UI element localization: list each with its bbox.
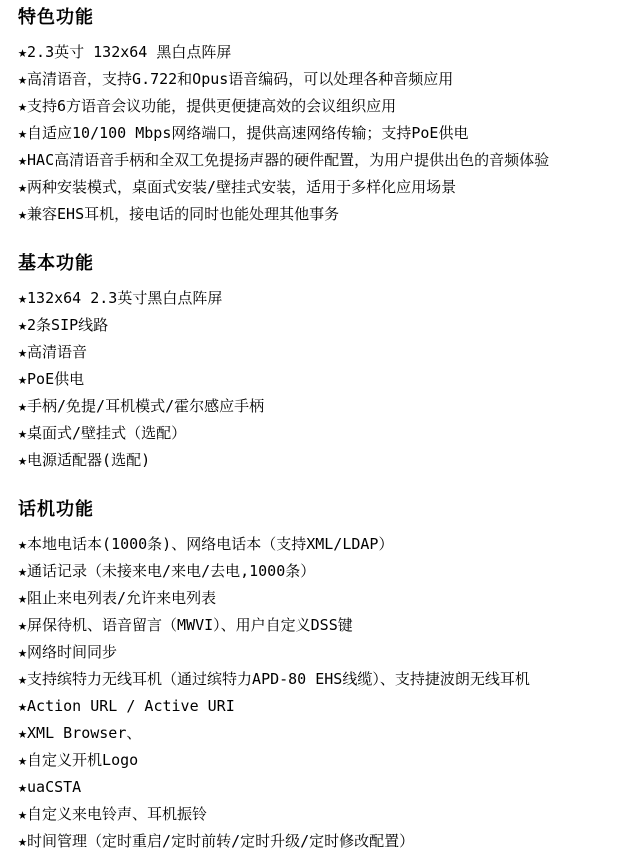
feature-text: 桌面式/壁挂式（选配） [27, 424, 186, 442]
star-bullet-icon: ★ [18, 97, 27, 115]
feature-text: 支持缤特力无线耳机（通过缤特力APD-80 EHS线缆）、支持捷波朗无线耳机 [27, 670, 530, 688]
feature-text: 手柄/免提/耳机模式/霍尔感应手柄 [27, 397, 264, 415]
feature-item: ★高清语音，支持G.722和Opus语音编码，可以处理各种音频应用 [18, 66, 620, 93]
section-phone-functions: 话机功能 ★本地电话本(1000条)、网络电话本（支持XML/LDAP） ★通话… [18, 498, 620, 855]
star-bullet-icon: ★ [18, 370, 27, 388]
feature-text: 支持6方语音会议功能，提供更便捷高效的会议组织应用 [27, 97, 396, 115]
feature-item: ★支持6方语音会议功能，提供更便捷高效的会议组织应用 [18, 93, 620, 120]
feature-item: ★电源适配器(选配) [18, 447, 620, 474]
feature-text: 两种安装模式，桌面式安装/壁挂式安装，适用于多样化应用场景 [27, 178, 456, 196]
feature-item: ★自定义开机Logo [18, 747, 620, 774]
feature-item: ★XML Browser、 [18, 720, 620, 747]
section-featured-functions: 特色功能 ★2.3英寸 132x64 黑白点阵屏 ★高清语音，支持G.722和O… [18, 6, 620, 228]
feature-text: 132x64 2.3英寸黑白点阵屏 [27, 289, 222, 307]
star-bullet-icon: ★ [18, 178, 27, 196]
feature-text: 电源适配器(选配) [27, 451, 150, 469]
feature-item: ★手柄/免提/耳机模式/霍尔感应手柄 [18, 393, 620, 420]
feature-item: ★PoE供电 [18, 366, 620, 393]
star-bullet-icon: ★ [18, 43, 27, 61]
spec-document: 特色功能 ★2.3英寸 132x64 黑白点阵屏 ★高清语音，支持G.722和O… [0, 0, 634, 855]
feature-text: XML Browser、 [27, 724, 141, 742]
feature-item: ★兼容EHS耳机，接电话的同时也能处理其他事务 [18, 201, 620, 228]
feature-text: 兼容EHS耳机，接电话的同时也能处理其他事务 [27, 205, 339, 223]
section-basic-functions: 基本功能 ★132x64 2.3英寸黑白点阵屏 ★2条SIP线路 ★高清语音 ★… [18, 252, 620, 474]
feature-text: 自定义来电铃声、耳机振铃 [27, 805, 207, 823]
feature-text: uaCSTA [27, 778, 81, 796]
feature-text: 通话记录（未接来电/来电/去电,1000条） [27, 562, 315, 580]
star-bullet-icon: ★ [18, 832, 27, 850]
feature-item: ★uaCSTA [18, 774, 620, 801]
star-bullet-icon: ★ [18, 289, 27, 307]
star-bullet-icon: ★ [18, 643, 27, 661]
feature-item: ★支持缤特力无线耳机（通过缤特力APD-80 EHS线缆）、支持捷波朗无线耳机 [18, 666, 620, 693]
section-title: 特色功能 [18, 6, 620, 30]
star-bullet-icon: ★ [18, 397, 27, 415]
star-bullet-icon: ★ [18, 562, 27, 580]
star-bullet-icon: ★ [18, 751, 27, 769]
feature-text: 网络时间同步 [27, 643, 117, 661]
star-bullet-icon: ★ [18, 343, 27, 361]
star-bullet-icon: ★ [18, 424, 27, 442]
star-bullet-icon: ★ [18, 778, 27, 796]
feature-item: ★自定义来电铃声、耳机振铃 [18, 801, 620, 828]
star-bullet-icon: ★ [18, 316, 27, 334]
feature-item: ★本地电话本(1000条)、网络电话本（支持XML/LDAP） [18, 531, 620, 558]
feature-item: ★两种安装模式，桌面式安装/壁挂式安装，适用于多样化应用场景 [18, 174, 620, 201]
star-bullet-icon: ★ [18, 589, 27, 607]
feature-text: 高清语音，支持G.722和Opus语音编码，可以处理各种音频应用 [27, 70, 453, 88]
feature-item: ★HAC高清语音手柄和全双工免提扬声器的硬件配置，为用户提供出色的音频体验 [18, 147, 620, 174]
feature-text: 屏保待机、语音留言（MWVI）、用户自定义DSS键 [27, 616, 353, 634]
star-bullet-icon: ★ [18, 670, 27, 688]
feature-text: 阻止来电列表/允许来电列表 [27, 589, 216, 607]
feature-text: 时间管理（定时重启/定时前转/定时升级/定时修改配置） [27, 832, 414, 850]
feature-item: ★网络时间同步 [18, 639, 620, 666]
feature-item: ★屏保待机、语音留言（MWVI）、用户自定义DSS键 [18, 612, 620, 639]
star-bullet-icon: ★ [18, 70, 27, 88]
star-bullet-icon: ★ [18, 616, 27, 634]
section-title: 基本功能 [18, 252, 620, 276]
feature-item: ★自适应10/100 Mbps网络端口，提供高速网络传输；支持PoE供电 [18, 120, 620, 147]
star-bullet-icon: ★ [18, 151, 27, 169]
feature-text: 2条SIP线路 [27, 316, 108, 334]
feature-item: ★Action URL / Active URI [18, 693, 620, 720]
star-bullet-icon: ★ [18, 697, 27, 715]
feature-text: 高清语音 [27, 343, 87, 361]
star-bullet-icon: ★ [18, 724, 27, 742]
feature-item: ★时间管理（定时重启/定时前转/定时升级/定时修改配置） [18, 828, 620, 855]
feature-text: 2.3英寸 132x64 黑白点阵屏 [27, 43, 231, 61]
feature-item: ★桌面式/壁挂式（选配） [18, 420, 620, 447]
star-bullet-icon: ★ [18, 805, 27, 823]
feature-text: 本地电话本(1000条)、网络电话本（支持XML/LDAP） [27, 535, 393, 553]
feature-text: Action URL / Active URI [27, 697, 235, 715]
feature-text: 自定义开机Logo [27, 751, 138, 769]
section-title: 话机功能 [18, 498, 620, 522]
feature-item: ★通话记录（未接来电/来电/去电,1000条） [18, 558, 620, 585]
feature-text: PoE供电 [27, 370, 84, 388]
star-bullet-icon: ★ [18, 124, 27, 142]
feature-item: ★2条SIP线路 [18, 312, 620, 339]
feature-text: HAC高清语音手柄和全双工免提扬声器的硬件配置，为用户提供出色的音频体验 [27, 151, 549, 169]
star-bullet-icon: ★ [18, 535, 27, 553]
feature-item: ★阻止来电列表/允许来电列表 [18, 585, 620, 612]
feature-item: ★132x64 2.3英寸黑白点阵屏 [18, 285, 620, 312]
feature-text: 自适应10/100 Mbps网络端口，提供高速网络传输；支持PoE供电 [27, 124, 468, 142]
feature-item: ★高清语音 [18, 339, 620, 366]
star-bullet-icon: ★ [18, 451, 27, 469]
star-bullet-icon: ★ [18, 205, 27, 223]
feature-item: ★2.3英寸 132x64 黑白点阵屏 [18, 39, 620, 66]
